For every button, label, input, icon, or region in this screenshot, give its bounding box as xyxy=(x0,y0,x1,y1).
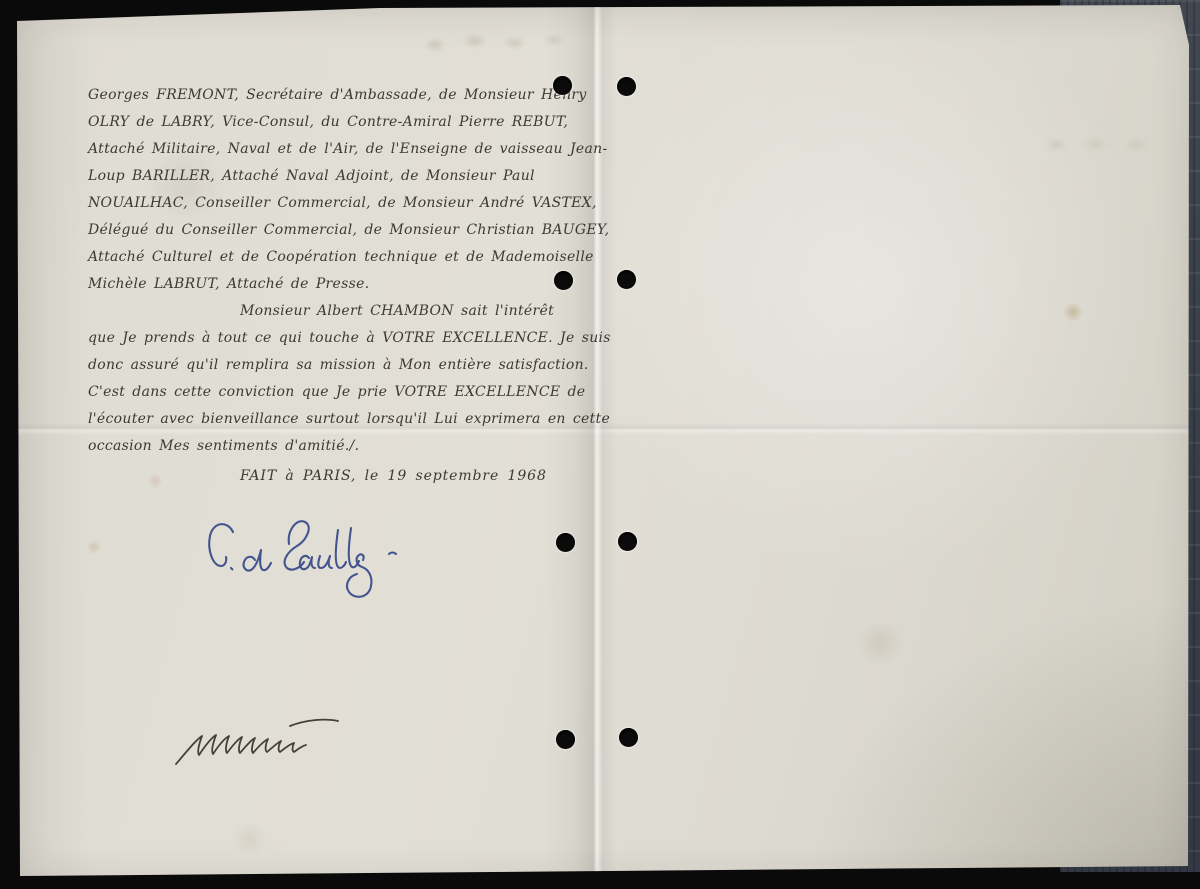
text-line: Michèle LABRUT, Attaché de Presse. xyxy=(88,271,540,298)
text-line-paragraph-start: Monsieur Albert CHAMBON sait l'intérêt xyxy=(88,298,540,325)
punch-hole xyxy=(618,532,637,551)
text-line: Attaché Militaire, Naval et de l'Air, de… xyxy=(88,136,540,163)
paper-edge-shading xyxy=(0,0,95,889)
text-line: donc assuré qu'il remplira sa mission à … xyxy=(88,352,540,379)
text-line: que Je prends à tout ce qui touche à VOT… xyxy=(88,325,540,352)
countersignature xyxy=(170,710,392,774)
text-line: l'écouter avec bienveillance surtout lor… xyxy=(88,406,540,433)
punch-hole xyxy=(619,728,638,747)
punch-hole xyxy=(617,77,636,96)
punch-hole xyxy=(554,271,573,290)
letter-sheet: Georges FREMONT, Secrétaire d'Ambassade,… xyxy=(0,0,1200,889)
text-line: Attaché Culturel et de Coopération techn… xyxy=(88,244,540,271)
center-fold-crease xyxy=(545,0,617,889)
ink-offset-ghost-right-page xyxy=(1033,126,1163,164)
foxing-stain xyxy=(1062,303,1084,321)
paper-corner-shading xyxy=(770,569,1200,889)
signature-strokes xyxy=(209,521,396,597)
text-line: occasion Mes sentiments d'amitié./. xyxy=(88,433,540,460)
photo-of-document: Georges FREMONT, Secrétaire d'Ambassade,… xyxy=(0,0,1200,889)
punch-hole xyxy=(553,76,572,95)
text-line: NOUAILHAC, Conseiller Commercial, de Mon… xyxy=(88,190,540,217)
dateline: FAIT à PARIS, le 19 septembre 1968 xyxy=(240,468,547,484)
de-gaulle-signature xyxy=(193,510,405,610)
text-line: Georges FREMONT, Secrétaire d'Ambassade,… xyxy=(88,82,540,109)
signature-strokes xyxy=(176,720,338,764)
punch-hole xyxy=(617,270,636,289)
foxing-stain xyxy=(146,474,164,488)
foxing-stain xyxy=(230,826,270,852)
punch-hole xyxy=(556,533,575,552)
text-line: OLRY de LABRY, Vice-Consul, du Contre-Am… xyxy=(88,109,540,136)
text-line: Loup BARILLER, Attaché Naval Adjoint, de… xyxy=(88,163,540,190)
text-line: Délégué du Conseiller Commercial, de Mon… xyxy=(88,217,540,244)
punch-hole xyxy=(556,730,575,749)
text-line: C'est dans cette conviction que Je prie … xyxy=(88,379,540,406)
typed-letter-body: Georges FREMONT, Secrétaire d'Ambassade,… xyxy=(88,82,540,460)
